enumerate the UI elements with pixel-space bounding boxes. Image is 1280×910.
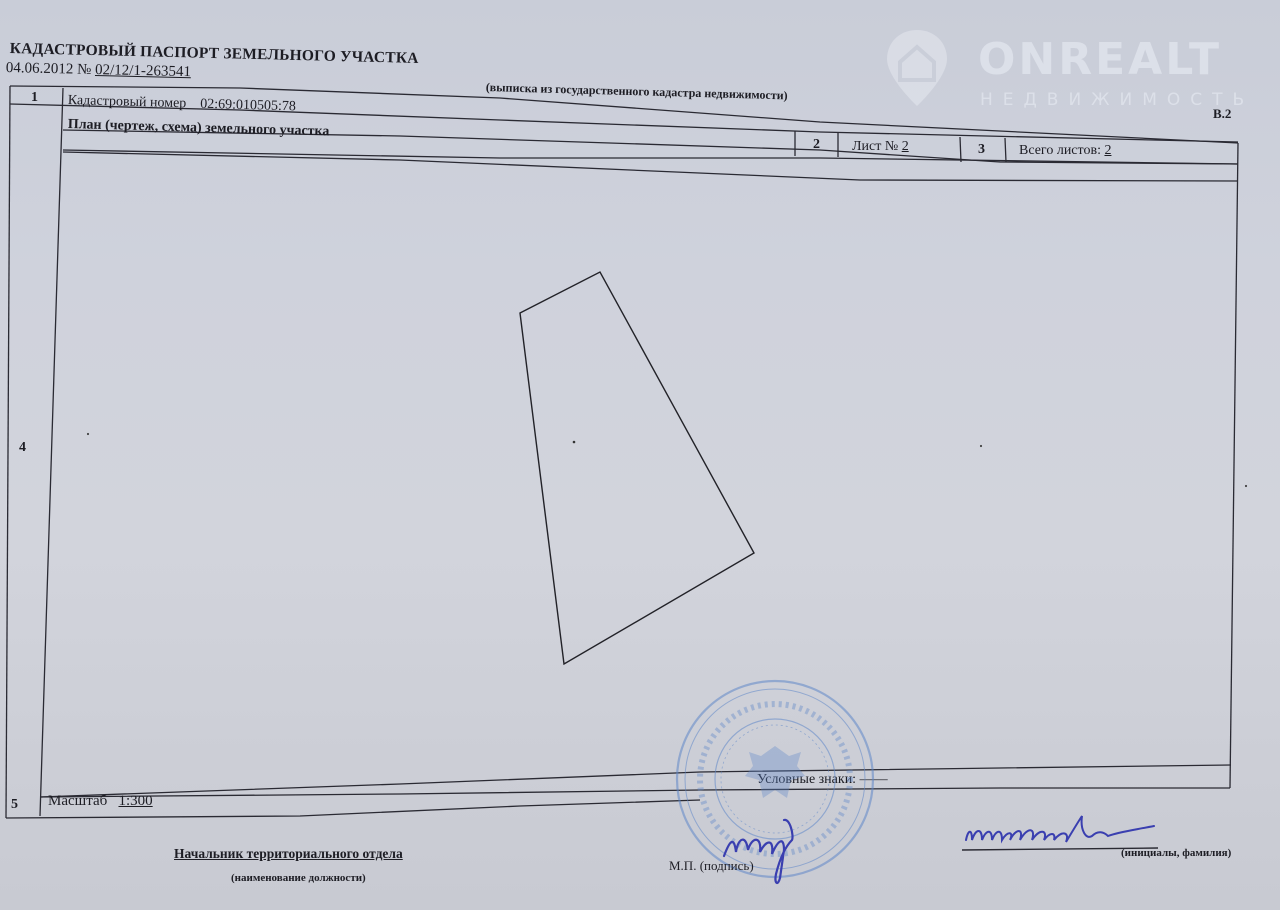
cadastral-number-label: Кадастровый номер — [68, 93, 187, 111]
legend-boundary-symbol: —— — [860, 772, 888, 787]
document-date: 04.06.2012 — [6, 60, 74, 78]
name-caption: (инициалы, фамилия) — [1121, 847, 1231, 859]
scale: Масштаб 1:300 — [48, 793, 153, 810]
total-sheets: Всего листов: 2 — [1019, 143, 1111, 159]
document-subtitle: (выписка из государственного кадастра не… — [486, 80, 788, 103]
scale-value: 1:300 — [118, 793, 152, 809]
number-sign: № — [77, 62, 92, 78]
plot-boundary — [520, 272, 754, 664]
position-caption: (наименование должности) — [231, 872, 366, 884]
plan-heading: План (чертеж, схема) земельного участка — [68, 117, 330, 140]
house-pin-icon — [884, 28, 950, 108]
signature-mark — [720, 800, 810, 890]
table-grid — [0, 0, 1280, 910]
document-page: ONREALT НЕДВИЖИМОСТЬ КАДАСТРОВЫЙ ПАСПОРТ… — [0, 0, 1280, 910]
watermark-brand: ONREALT — [978, 34, 1222, 85]
row-number-4: 4 — [19, 440, 26, 456]
row-number-3: 3 — [978, 142, 985, 158]
document-date-number: 04.06.2012 № 02/12/1-263541 — [6, 60, 191, 81]
sheet-number-value: 2 — [902, 139, 909, 154]
total-sheets-value: 2 — [1104, 143, 1111, 158]
cadastral-number-value: 02:69:010505:78 — [200, 97, 296, 115]
sheet-number: Лист № 2 — [852, 139, 909, 155]
row-number-1: 1 — [31, 90, 38, 106]
sheet-number-label: Лист № — [852, 139, 898, 154]
row-number-5: 5 — [11, 797, 18, 813]
watermark: ONREALT НЕДВИЖИМОСТЬ — [884, 28, 1244, 118]
legend: Условные знаки: —— — [757, 772, 888, 788]
seal-signature-caption: М.П. (подпись) — [669, 858, 754, 874]
scale-label: Масштаб — [48, 793, 107, 809]
total-sheets-label: Всего листов: — [1019, 143, 1101, 158]
form-code: В.2 — [1213, 106, 1231, 122]
row-number-2: 2 — [813, 137, 820, 153]
document-number: 02/12/1-263541 — [95, 62, 191, 80]
legend-label: Условные знаки: — [757, 772, 856, 787]
cadastral-number-row: Кадастровый номер 02:69:010505:78 — [68, 93, 297, 115]
position-title: Начальник территориального отдела — [174, 846, 403, 862]
